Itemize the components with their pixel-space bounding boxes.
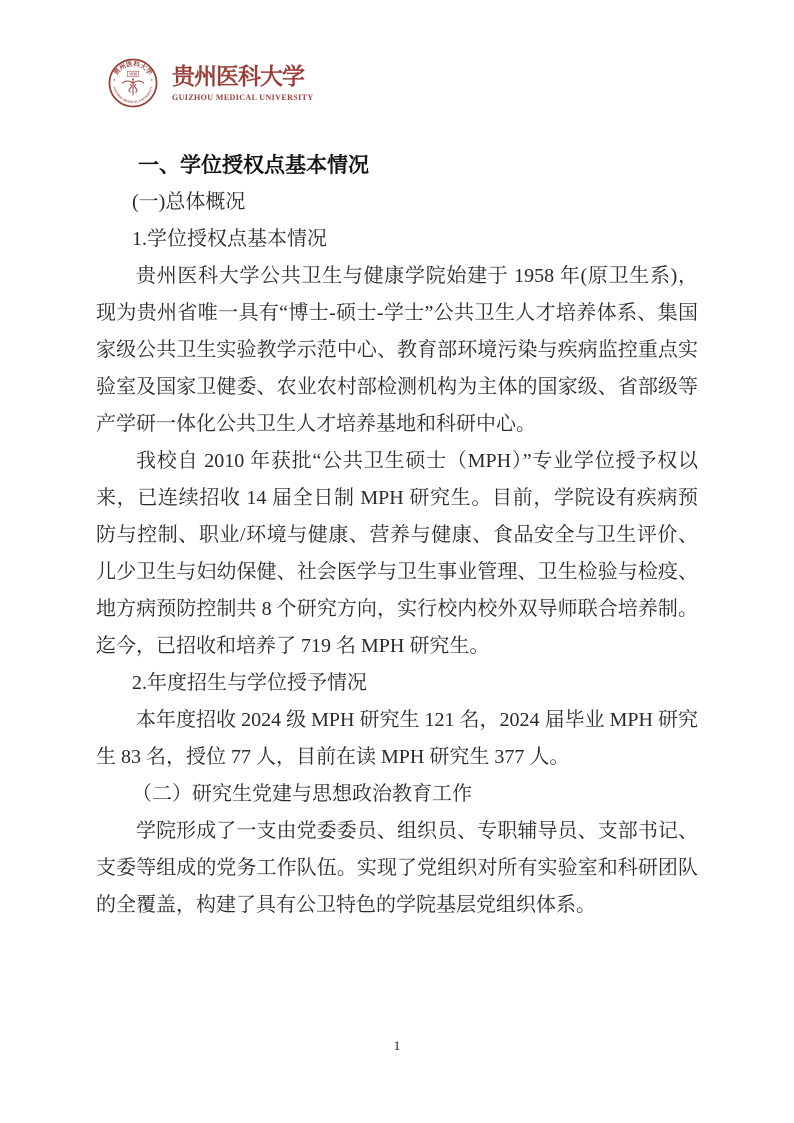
body-paragraph-admissions: 本年度招收 2024 级 MPH 研究生 121 名，2024 届毕业 MPH … — [96, 702, 698, 776]
section-heading-1: 一、学位授权点基本情况 — [96, 147, 698, 184]
subsection-heading-overview: (一)总体概况 — [96, 184, 698, 221]
seal-left-dot — [114, 79, 115, 80]
seal-right-dot — [151, 79, 152, 80]
university-name-english: GUIZHOU MEDICAL UNIVERSITY — [172, 93, 314, 102]
subsection-heading-party-building: （二）研究生党建与思想政治教育工作 — [96, 776, 698, 813]
seal-year: 1938 — [129, 72, 137, 77]
logotype: 贵州医科大学 GUIZHOU MEDICAL UNIVERSITY — [172, 64, 314, 102]
subsection-heading-admissions: 2.年度招生与学位授予情况 — [96, 665, 698, 702]
page-number: 1 — [0, 1038, 794, 1054]
university-seal-icon: 贵州医科大学 1938 GUIZHOU MEDICAL UNIVERSITY — [108, 58, 158, 108]
document-page: 贵州医科大学 1938 GUIZHOU MEDICAL UNIVERSITY 贵… — [0, 0, 794, 1123]
body-paragraph-party-building: 学院形成了一支由党委委员、组织员、专职辅导员、支部书记、支委等组成的党务工作队伍… — [96, 813, 698, 924]
subsection-heading-basic-status: 1.学位授权点基本情况 — [96, 221, 698, 258]
university-logo: 贵州医科大学 1938 GUIZHOU MEDICAL UNIVERSITY 贵… — [108, 58, 314, 108]
body-paragraph-history: 贵州医科大学公共卫生与健康学院始建于 1958 年(原卫生系)，现为贵州省唯一具… — [96, 258, 698, 443]
body-paragraph-mph-program: 我校自 2010 年获批“公共卫生硕士（MPH）”专业学位授予权以来，已连续招收… — [96, 443, 698, 665]
university-name-calligraphy: 贵州医科大学 — [172, 64, 314, 90]
document-content: 一、学位授权点基本情况 (一)总体概况 1.学位授权点基本情况 贵州医科大学公共… — [96, 147, 698, 924]
caduceus-icon — [123, 78, 144, 95]
